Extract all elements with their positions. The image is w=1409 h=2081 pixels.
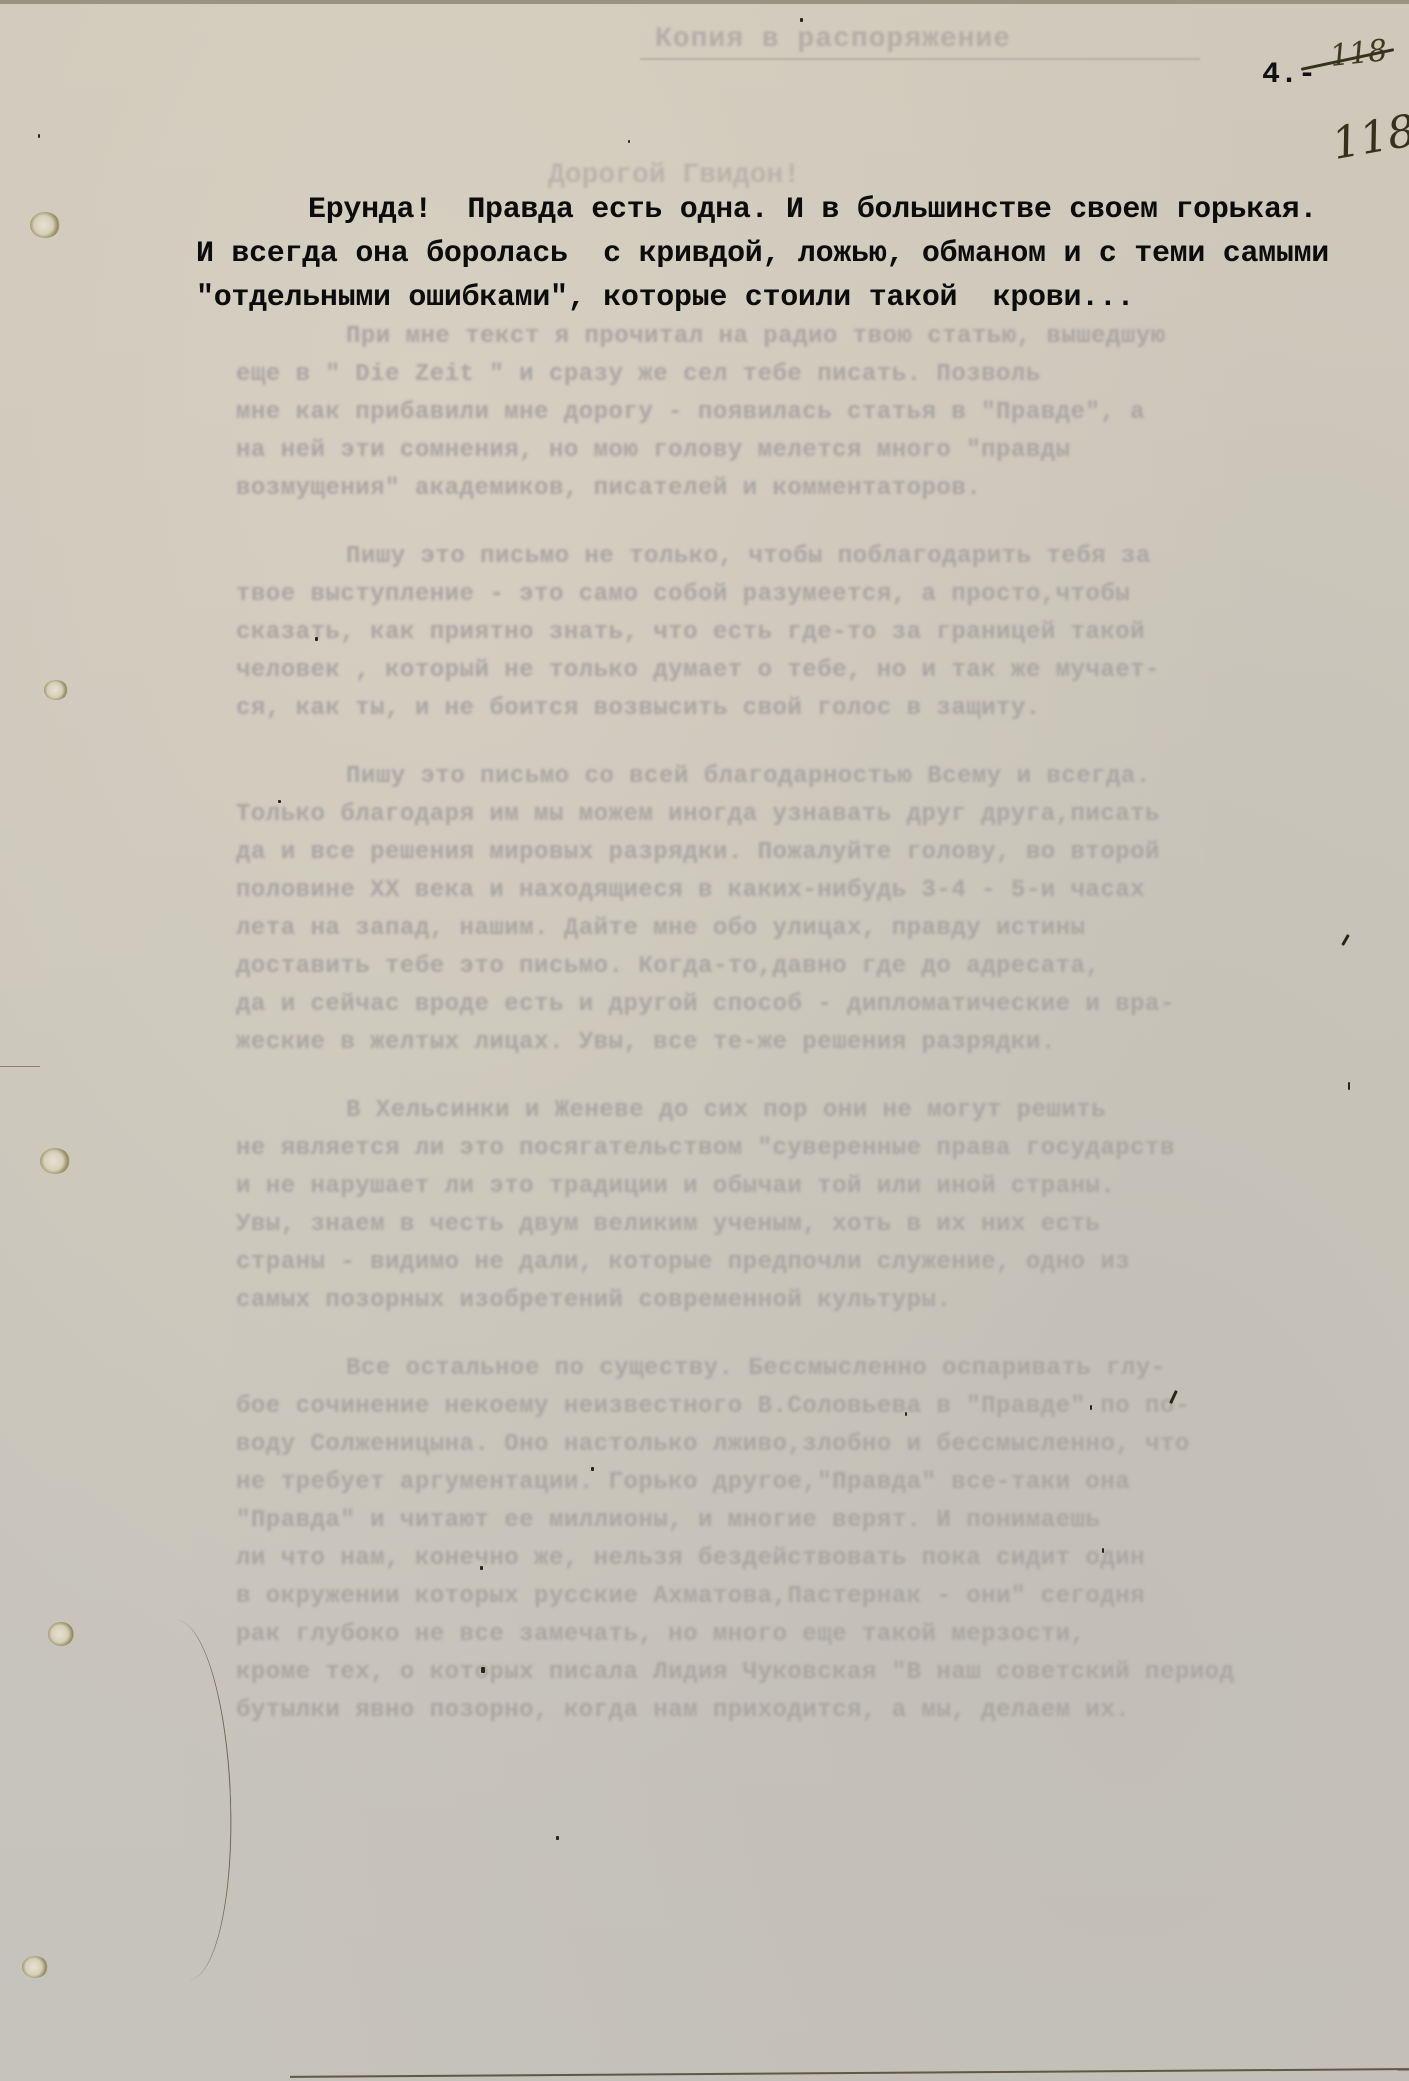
bleed-through-line: В Хельсинки и Женеве до сих пор они не м… (236, 1092, 1386, 1130)
dust-speck (800, 18, 803, 22)
dust-speck (1348, 1082, 1350, 1090)
bleed-through-line: самых позорных изобретений современной к… (236, 1282, 1386, 1320)
dust-speck (481, 1667, 485, 1673)
bleed-through-line: бое сочинение некоему неизвестного В.Сол… (236, 1388, 1386, 1426)
page-number: 4.- (1262, 58, 1316, 92)
bleed-through-line: человек , который не только думает о теб… (236, 652, 1386, 690)
bleed-through-paragraph: При мне текст я прочитал на радио твою с… (236, 318, 1386, 508)
bleed-through-line: на ней эти сомнения, но мою голову мелет… (236, 432, 1386, 470)
typed-paragraph: Ерунда! Правда есть одна. И в большинств… (196, 188, 1386, 320)
document-page: Копия в распоряжение 4.- 118 118 Дорогой… (0, 0, 1409, 2081)
dust-speck (591, 1467, 594, 1471)
bleed-through-line: бутылки явно позорно, когда нам приходит… (236, 1692, 1386, 1730)
bleed-through-line: еще в " Die Zeit " и сразу же сел тебе п… (236, 356, 1386, 394)
scan-bottom-edge (290, 2068, 1409, 2078)
dust-speck (1102, 1548, 1104, 1553)
pencil-arc-mark (144, 1619, 238, 1982)
dust-speck (315, 637, 318, 641)
binder-hole (40, 1148, 70, 1174)
bleed-through-line: не требует аргументации. Горько другое,"… (236, 1464, 1386, 1502)
bleed-through-text: При мне текст я прочитал на радио твою с… (236, 318, 1386, 1760)
bleed-through-line: не является ли это посягательством "суве… (236, 1130, 1386, 1168)
bleed-through-line: При мне текст я прочитал на радио твою с… (236, 318, 1386, 356)
bleed-through-line: доставить тебе это письмо. Когда-то,давн… (236, 948, 1386, 986)
bleed-through-paragraph: В Хельсинки и Женеве до сих пор они не м… (236, 1092, 1386, 1320)
margin-mark (0, 1066, 40, 1067)
dust-speck (480, 1566, 483, 1570)
bleed-through-line: рак глубоко не все замечать, но много ещ… (236, 1616, 1386, 1654)
bleed-through-line: и не нарушает ли это традиции и обычаи т… (236, 1168, 1386, 1206)
dust-speck (1090, 1405, 1092, 1410)
dust-speck (905, 1412, 907, 1416)
bleed-through-line: да и все решения мировых разрядки. Пожал… (236, 834, 1386, 872)
bleed-through-line: половине XX века и находящиеся в каких-н… (236, 872, 1386, 910)
bleed-through-salutation: Дорогой Гвидон! (548, 160, 800, 191)
typed-line: "отдельными ошибками", которые стоили та… (196, 276, 1386, 320)
bleed-through-line: да и сейчас вроде есть и другой способ -… (236, 986, 1386, 1024)
bleed-through-paragraph: Пишу это письмо со всей благодарностью В… (236, 758, 1386, 1062)
dust-speck (556, 1836, 559, 1840)
bleed-through-line: возмущения" академиков, писателей и комм… (236, 470, 1386, 508)
bleed-through-line: ся, как ты, и не боится возвысить свой г… (236, 690, 1386, 728)
bleed-through-line: Все остальное по существу. Бессмысленно … (236, 1350, 1386, 1388)
bleed-through-line: твое выступление - это само собой разуме… (236, 576, 1386, 614)
typed-line: И всегда она боролась с кривдой, ложью, … (196, 232, 1386, 276)
bleed-through-line: жеские в желтых лицах. Увы, все те-же ре… (236, 1024, 1386, 1062)
dust-speck (38, 134, 40, 138)
bleed-through-header: Копия в распоряжение (655, 24, 1200, 55)
bleed-through-line: ли что нам, конечно же, нельзя бездейств… (236, 1540, 1386, 1578)
dust-speck (278, 800, 281, 803)
bleed-through-underline (640, 58, 1200, 60)
bleed-through-line: кроме тех, о которых писала Лидия Чуковс… (236, 1654, 1386, 1692)
binder-hole (22, 1956, 48, 1978)
binder-hole (44, 680, 68, 700)
bleed-through-line: в окружении которых русские Ахматова,Пас… (236, 1578, 1386, 1616)
scan-top-edge (0, 0, 1409, 4)
bleed-through-paragraph: Все остальное по существу. Бессмысленно … (236, 1350, 1386, 1730)
bleed-through-line: Увы, знаем в честь двум великим ученым, … (236, 1206, 1386, 1244)
bleed-through-line: мне как прибавили мне дорогу - появилась… (236, 394, 1386, 432)
folio-number-handwritten: 118 (1328, 105, 1409, 170)
bleed-through-line: Пишу это письмо со всей благодарностью В… (236, 758, 1386, 796)
bleed-through-line: Пишу это письмо не только, чтобы поблаго… (236, 538, 1386, 576)
bleed-through-line: страны - видимо не дали, которые предпоч… (236, 1244, 1386, 1282)
bleed-through-line: "Правда" и читают ее миллионы, и многие … (236, 1502, 1386, 1540)
typed-line: Ерунда! Правда есть одна. И в большинств… (196, 188, 1386, 232)
bleed-through-line: воду Солженицына. Оно настолько лживо,зл… (236, 1426, 1386, 1464)
binder-hole (30, 212, 60, 238)
binder-hole (48, 1622, 74, 1646)
bleed-through-line: Только благодаря им мы можем иногда узна… (236, 796, 1386, 834)
bleed-through-line: сказать, как приятно знать, что есть где… (236, 614, 1386, 652)
dust-speck (628, 140, 630, 143)
bleed-through-line: лета на запад, нашим. Дайте мне обо улиц… (236, 910, 1386, 948)
bleed-through-paragraph: Пишу это письмо не только, чтобы поблаго… (236, 538, 1386, 728)
